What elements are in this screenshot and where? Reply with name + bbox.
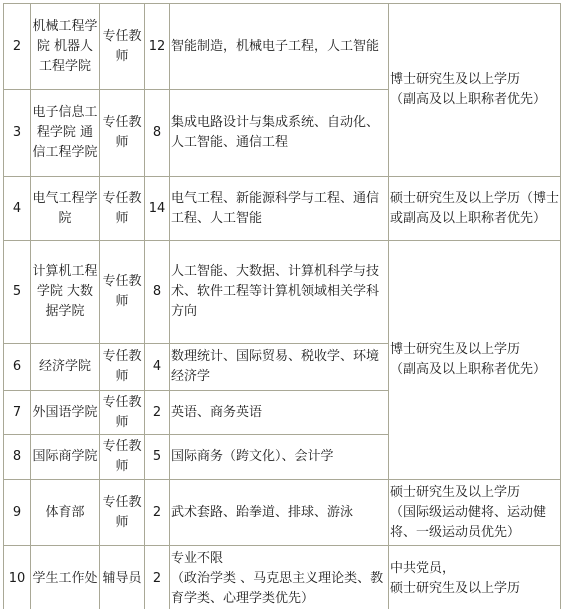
- position-type: 专任教师: [100, 480, 145, 546]
- table-row: 4 电气工程学院 专任教师 14 电气工程、新能源科学与工程、通信工程、人工智能…: [4, 177, 561, 241]
- department: 电气工程学院: [31, 177, 100, 241]
- headcount: 2: [145, 391, 170, 435]
- major-requirement: 智能制造，机械电子工程，人工智能: [170, 4, 389, 90]
- row-number: 5: [4, 241, 31, 344]
- headcount: 8: [145, 241, 170, 344]
- education-requirement: 博士研究生及以上学历 （副高及以上职称者优先）: [389, 4, 561, 177]
- requirement-line: 博士研究生及以上学历: [390, 70, 559, 90]
- requirement-line: 硕士研究生及以上学历（博士或副高及以上职称者优先）: [390, 189, 559, 229]
- headcount: 5: [145, 435, 170, 480]
- department: 外国语学院: [31, 391, 100, 435]
- row-number: 10: [4, 546, 31, 609]
- headcount: 4: [145, 344, 170, 391]
- major-line: （政治学类 、马克思主义理论类、教育学类、心理学类优先）: [171, 569, 387, 609]
- major-requirement: 英语、商务英语: [170, 391, 389, 435]
- major-requirement: 国际商务（跨文化）、会计学: [170, 435, 389, 480]
- education-requirement: 硕士研究生及以上学历 （国际级运动健将、运动健将、一级运动员优先）: [389, 480, 561, 546]
- major-requirement: 集成电路设计与集成系统、自动化、人工智能、通信工程: [170, 90, 389, 177]
- requirement-line: 硕士研究生及以上学历: [390, 579, 559, 599]
- headcount: 14: [145, 177, 170, 241]
- education-requirement: 博士研究生及以上学历 （副高及以上职称者优先）: [389, 241, 561, 480]
- position-type: 专任教师: [100, 177, 145, 241]
- major-requirement: 电气工程、新能源科学与工程、通信工程、人工智能: [170, 177, 389, 241]
- headcount: 2: [145, 546, 170, 609]
- row-number: 6: [4, 344, 31, 391]
- position-type: 专任教师: [100, 90, 145, 177]
- requirement-line: 博士研究生及以上学历: [390, 340, 559, 360]
- major-requirement: 人工智能、大数据、计算机科学与技术、软件工程等计算机领域相关学科方向: [170, 241, 389, 344]
- major-requirement: 武术套路、跆拳道、排球、游泳: [170, 480, 389, 546]
- department: 计算机工程学院 大数据学院: [31, 241, 100, 344]
- major-requirement: 数理统计、国际贸易、税收学、环境经济学: [170, 344, 389, 391]
- position-type: 专任教师: [100, 435, 145, 480]
- major-line: 专业不限: [171, 549, 387, 569]
- table-row: 10 学生工作处 辅导员 2 专业不限 （政治学类 、马克思主义理论类、教育学类…: [4, 546, 561, 609]
- position-type: 专任教师: [100, 241, 145, 344]
- department: 体育部: [31, 480, 100, 546]
- department: 经济学院: [31, 344, 100, 391]
- position-type: 专任教师: [100, 344, 145, 391]
- headcount: 12: [145, 4, 170, 90]
- table-row: 2 机械工程学院 机器人工程学院 专任教师 12 智能制造，机械电子工程，人工智…: [4, 4, 561, 90]
- row-number: 7: [4, 391, 31, 435]
- requirement-line: 硕士研究生及以上学历: [390, 483, 559, 503]
- table-row: 5 计算机工程学院 大数据学院 专任教师 8 人工智能、大数据、计算机科学与技术…: [4, 241, 561, 344]
- requirement-line: （副高及以上职称者优先）: [390, 360, 559, 380]
- education-requirement: 中共党员， 硕士研究生及以上学历: [389, 546, 561, 609]
- headcount: 2: [145, 480, 170, 546]
- major-requirement: 专业不限 （政治学类 、马克思主义理论类、教育学类、心理学类优先）: [170, 546, 389, 609]
- education-requirement: 硕士研究生及以上学历（博士或副高及以上职称者优先）: [389, 177, 561, 241]
- position-type: 专任教师: [100, 391, 145, 435]
- department: 电子信息工程学院 通信工程学院: [31, 90, 100, 177]
- recruitment-table: 2 机械工程学院 机器人工程学院 专任教师 12 智能制造，机械电子工程，人工智…: [3, 3, 561, 609]
- requirement-line: 中共党员，: [390, 559, 559, 579]
- row-number: 9: [4, 480, 31, 546]
- row-number: 8: [4, 435, 31, 480]
- department: 国际商学院: [31, 435, 100, 480]
- row-number: 2: [4, 4, 31, 90]
- row-number: 3: [4, 90, 31, 177]
- table-row: 9 体育部 专任教师 2 武术套路、跆拳道、排球、游泳 硕士研究生及以上学历 （…: [4, 480, 561, 546]
- department: 机械工程学院 机器人工程学院: [31, 4, 100, 90]
- department: 学生工作处: [31, 546, 100, 609]
- row-number: 4: [4, 177, 31, 241]
- requirement-line: （国际级运动健将、运动健将、一级运动员优先）: [390, 503, 559, 543]
- headcount: 8: [145, 90, 170, 177]
- position-type: 辅导员: [100, 546, 145, 609]
- position-type: 专任教师: [100, 4, 145, 90]
- requirement-line: （副高及以上职称者优先）: [390, 90, 559, 110]
